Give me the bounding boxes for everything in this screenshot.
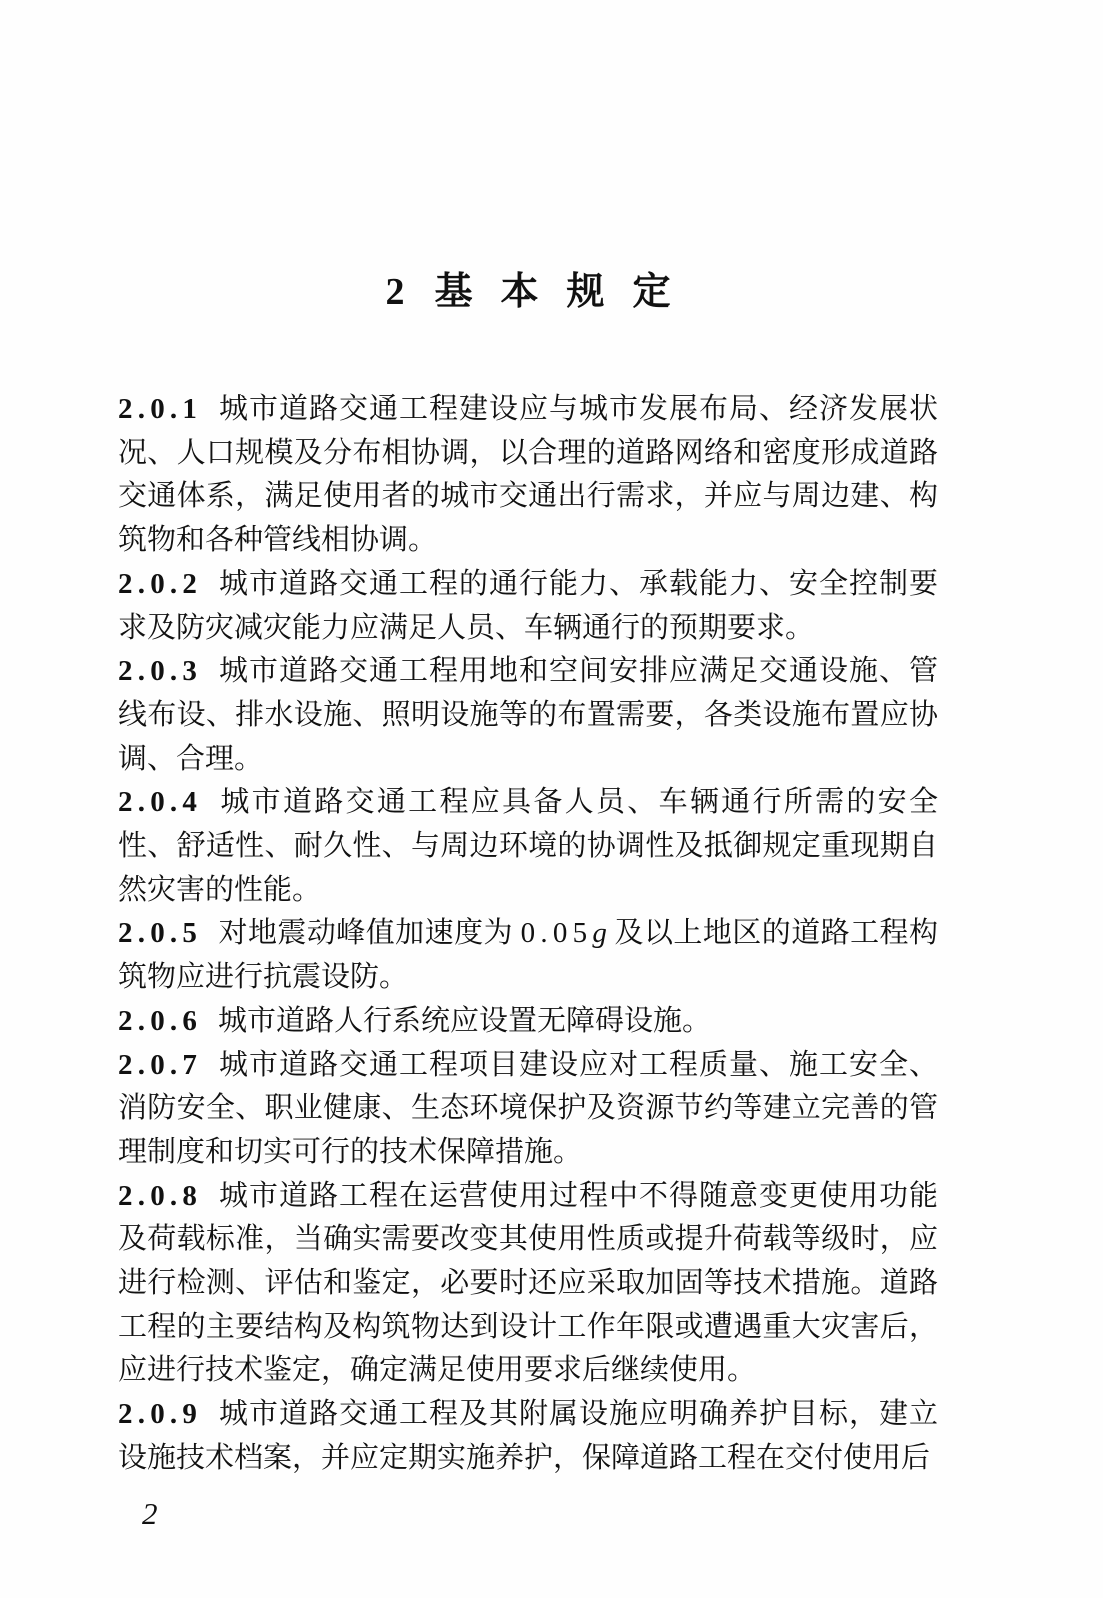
- chapter-name: 基本规定: [434, 271, 698, 313]
- clause-number: 2.0.2: [118, 568, 202, 600]
- chapter-title: 2基本规定: [118, 268, 938, 316]
- clause-paragraph: 2.0.6城市道路人行系统应设置无障碍设施。: [118, 1000, 938, 1044]
- page-number: 2: [142, 1494, 158, 1534]
- chapter-number: 2: [385, 271, 404, 313]
- clauses-container: 2.0.1城市道路交通工程建设应与城市发展布局、经济发展状况、人口规模及分布相协…: [118, 388, 938, 1481]
- clause-paragraph: 2.0.9城市道路交通工程及其附属设施应明确养护目标，建立设施技术档案，并应定期…: [118, 1393, 938, 1480]
- clause-text: 城市道路交通工程应具备人员、车辆通行所需的安全性、舒适性、耐久性、与周边环境的协…: [118, 786, 938, 905]
- clause-number: 2.0.7: [118, 1049, 202, 1081]
- clause-number: 2.0.5: [118, 917, 202, 949]
- clause-paragraph: 2.0.8城市道路工程在运营使用过程中不得随意变更使用功能及荷载标准，当确实需要…: [118, 1175, 938, 1394]
- clause-number: 2.0.4: [118, 786, 202, 818]
- clause-paragraph: 2.0.1城市道路交通工程建设应与城市发展布局、经济发展状况、人口规模及分布相协…: [118, 388, 938, 563]
- clause-number: 2.0.9: [118, 1398, 202, 1430]
- clause-paragraph: 2.0.3城市道路交通工程用地和空间安排应满足交通设施、管线布设、排水设施、照明…: [118, 650, 938, 781]
- clause-paragraph: 2.0.4城市道路交通工程应具备人员、车辆通行所需的安全性、舒适性、耐久性、与周…: [118, 781, 938, 912]
- clause-text: 城市道路交通工程及其附属设施应明确养护目标，建立设施技术档案，并应定期实施养护，…: [118, 1398, 938, 1474]
- clause-text: 0.05: [521, 917, 593, 949]
- clause-text: 城市道路人行系统应设置无障碍设施。: [218, 1005, 711, 1037]
- clause-number: 2.0.1: [118, 393, 202, 425]
- clause-text: 城市道路交通工程的通行能力、承载能力、安全控制要求及防灾减灾能力应满足人员、车辆…: [118, 568, 938, 644]
- document-page: 2基本规定 2.0.1城市道路交通工程建设应与城市发展布局、经济发展状况、人口规…: [0, 0, 1103, 1598]
- clause-number: 2.0.6: [118, 1005, 202, 1037]
- clause-text: 城市道路交通工程项目建设应对工程质量、施工安全、消防安全、职业健康、生态环境保护…: [118, 1049, 938, 1168]
- clause-number: 2.0.3: [118, 655, 202, 687]
- clause-text: g: [592, 917, 607, 949]
- clause-text: 对地震动峰值加速度为: [218, 917, 521, 949]
- clause-paragraph: 2.0.2城市道路交通工程的通行能力、承载能力、安全控制要求及防灾减灾能力应满足…: [118, 563, 938, 650]
- clause-text: 城市道路交通工程用地和空间安排应满足交通设施、管线布设、排水设施、照明设施等的布…: [118, 655, 938, 774]
- clause-number: 2.0.8: [118, 1180, 202, 1212]
- clause-text: 城市道路交通工程建设应与城市发展布局、经济发展状况、人口规模及分布相协调，以合理…: [118, 393, 938, 556]
- clause-paragraph: 2.0.5对地震动峰值加速度为 0.05g 及以上地区的道路工程构筑物应进行抗震…: [118, 912, 938, 999]
- clause-text: 城市道路工程在运营使用过程中不得随意变更使用功能及荷载标准，当确实需要改变其使用…: [118, 1180, 938, 1387]
- clause-paragraph: 2.0.7城市道路交通工程项目建设应对工程质量、施工安全、消防安全、职业健康、生…: [118, 1044, 938, 1175]
